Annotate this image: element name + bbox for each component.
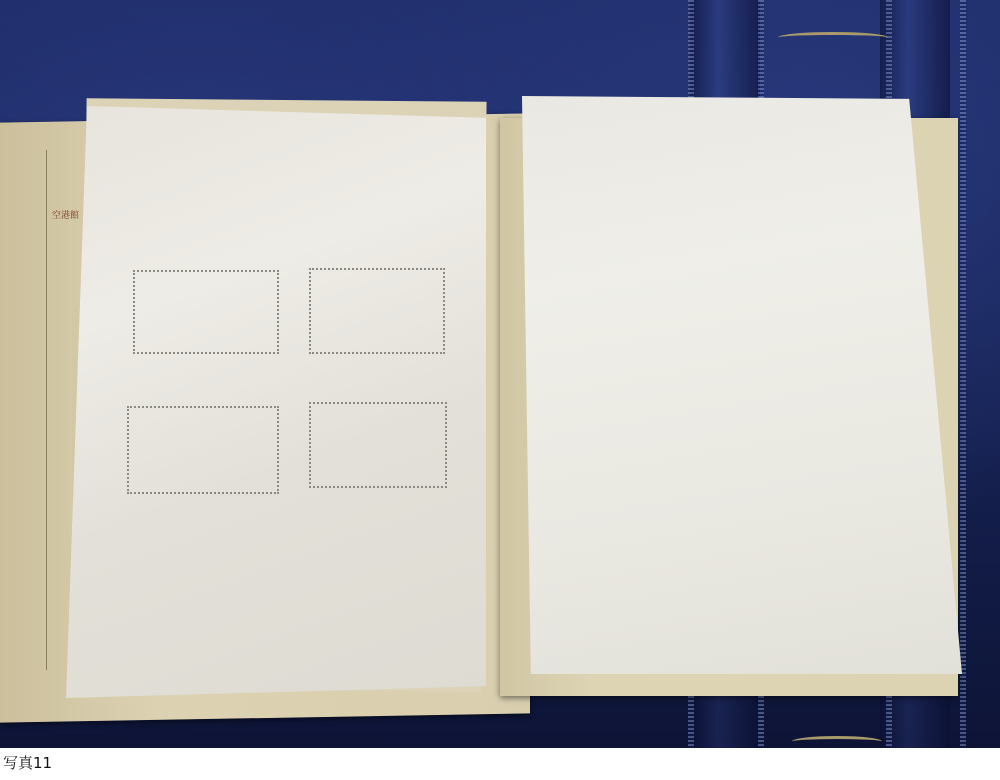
photo: 空港館 — [0, 0, 1000, 748]
souvenir-sheet-right — [522, 96, 962, 674]
perforation-pane — [309, 268, 445, 354]
folder-map-border — [46, 150, 47, 670]
gold-trim — [778, 32, 888, 43]
map-annotation: 空港館 — [52, 208, 79, 221]
perforation-pane — [309, 402, 447, 488]
perforation-pane — [133, 270, 279, 354]
perforation-pane — [127, 406, 279, 494]
souvenir-sheet-left — [66, 106, 486, 698]
binder-stitch — [960, 0, 966, 748]
gold-trim — [792, 736, 882, 747]
photo-caption: 写真11 — [3, 752, 52, 773]
